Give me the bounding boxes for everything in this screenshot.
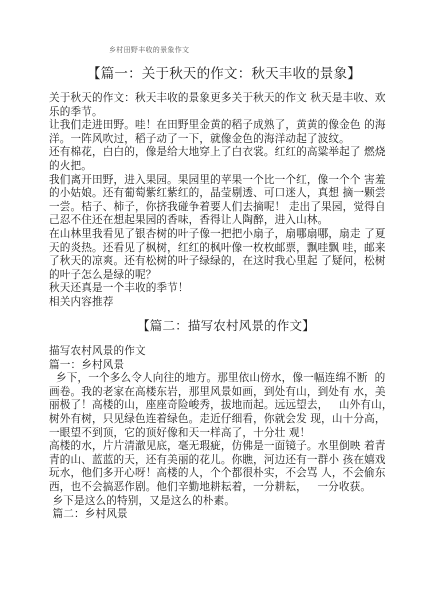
section-2-title: 【篇二：描写农村风景的作文】 xyxy=(14,316,424,334)
related-content-label: 相关内容推荐 xyxy=(49,296,389,310)
text-line: 一尝。桔子、柿子，你挤我碰争着要人们去摘呢！ 走出了果园，觉得自 xyxy=(49,201,389,215)
text-line: 关于秋天的作文：秋天丰收的景象更多关于秋天的作文 秋天是丰收、欢 xyxy=(49,92,389,106)
text-line: 天的炎热。还看见了枫树，红红的枫叶像一枚枚邮票，飘哇飘 哇，邮来 xyxy=(49,242,389,256)
text-line: 还有棉花，白白的，像是给大地穿上了白衣裳。红红的高粱举起了 燃烧 xyxy=(49,146,389,160)
section-1-body: 关于秋天的作文：秋天丰收的景象更多关于秋天的作文 秋天是丰收、欢 乐的季节。 让… xyxy=(49,92,389,310)
text-line: 乡下是这么的特别，又是这么的朴素。 xyxy=(49,495,389,509)
text-line: 秋天还真是一个丰收的季节！ xyxy=(49,282,389,296)
text-line: 篇一：乡村风景 xyxy=(49,359,389,373)
text-line: 洋。一阵风吹过，稻子动了一下，就像金色的海洋动起了波纹。 xyxy=(49,133,389,147)
text-line: 画卷。我的老家在高楼东岩，那里风景如画，到处有山，到处有 水，美 xyxy=(49,386,389,400)
document-page: 乡村田野丰收的景象作文 【篇一：关于秋天的作文：秋天丰收的景象】 关于秋天的作文… xyxy=(0,0,424,600)
text-line: 描写农村风景的作文 xyxy=(49,345,389,359)
running-header: 乡村田野丰收的景象作文 xyxy=(109,45,189,55)
text-line: 的火把。 xyxy=(49,160,389,174)
text-line: 一眼望不到顶，它的顶好像和天一样高了，十分壮 观！ xyxy=(49,427,389,441)
text-line: 在山林里我看见了银杏树的叶子像一把把小扇子，扇哪扇哪，扇走 了夏 xyxy=(49,228,389,242)
text-line: 乐的季节。 xyxy=(49,106,389,120)
text-line: 青的山、蓝蓝的天，还有美丽的花儿。你瞧，河边还有一群小 孩在嬉戏 xyxy=(49,454,389,468)
text-line: 树外有树，只见绿色连着绿色。走近仔细看，你就会发 现，山十分高， xyxy=(49,413,389,427)
text-line: 高楼的水，片片清澈见底，毫无瑕疵，仿佛是一面镜子。水里倒映 着青 xyxy=(49,440,389,454)
text-line: 丽极了！高楼的山，座座奇险峻秀，拔地而起。远远望去， 山外有山， xyxy=(49,399,389,413)
text-line: 西，也不会搞恶作剧。他们辛勤地耕耘着，一分耕耘， 一分收获。 xyxy=(49,481,389,495)
section-2-body: 描写农村风景的作文 篇一：乡村风景 乡下，一个多么令人向往的地方。那里依山傍水，… xyxy=(49,345,389,522)
text-line: 的叶子怎么是绿的呢？ xyxy=(49,269,389,283)
text-line: 篇二：乡村风景 xyxy=(49,508,389,522)
text-line: 让我们走进田野。哇！在田野里金黄的稻子成熟了，黄黄的像金色 的海 xyxy=(49,119,389,133)
text-line: 玩水，他们多开心呀！高楼的人，个个都很朴实，不会骂 人，不会偷东 xyxy=(49,467,389,481)
section-1-title: 【篇一：关于秋天的作文：秋天丰收的景象】 xyxy=(12,62,424,82)
text-line: 的小姑娘。还有葡萄紫红紫红的，晶莹剔透、可口迷人，真想 摘一颗尝 xyxy=(49,187,389,201)
text-line: 我们离开田野，进入果园。果园里的苹果一个比一个红，像一个个 害羞 xyxy=(49,174,389,188)
text-line: 己忍不住还在想起果园的香味，香得让人陶醉，进入山林。 xyxy=(49,214,389,228)
text-line: 了秋天的凉爽。还有松树的叶子绿绿的，在这时我心里起 了疑问，松树 xyxy=(49,255,389,269)
text-line: 乡下，一个多么令人向往的地方。那里依山傍水，像一幅连绵不断 的 xyxy=(49,372,389,386)
